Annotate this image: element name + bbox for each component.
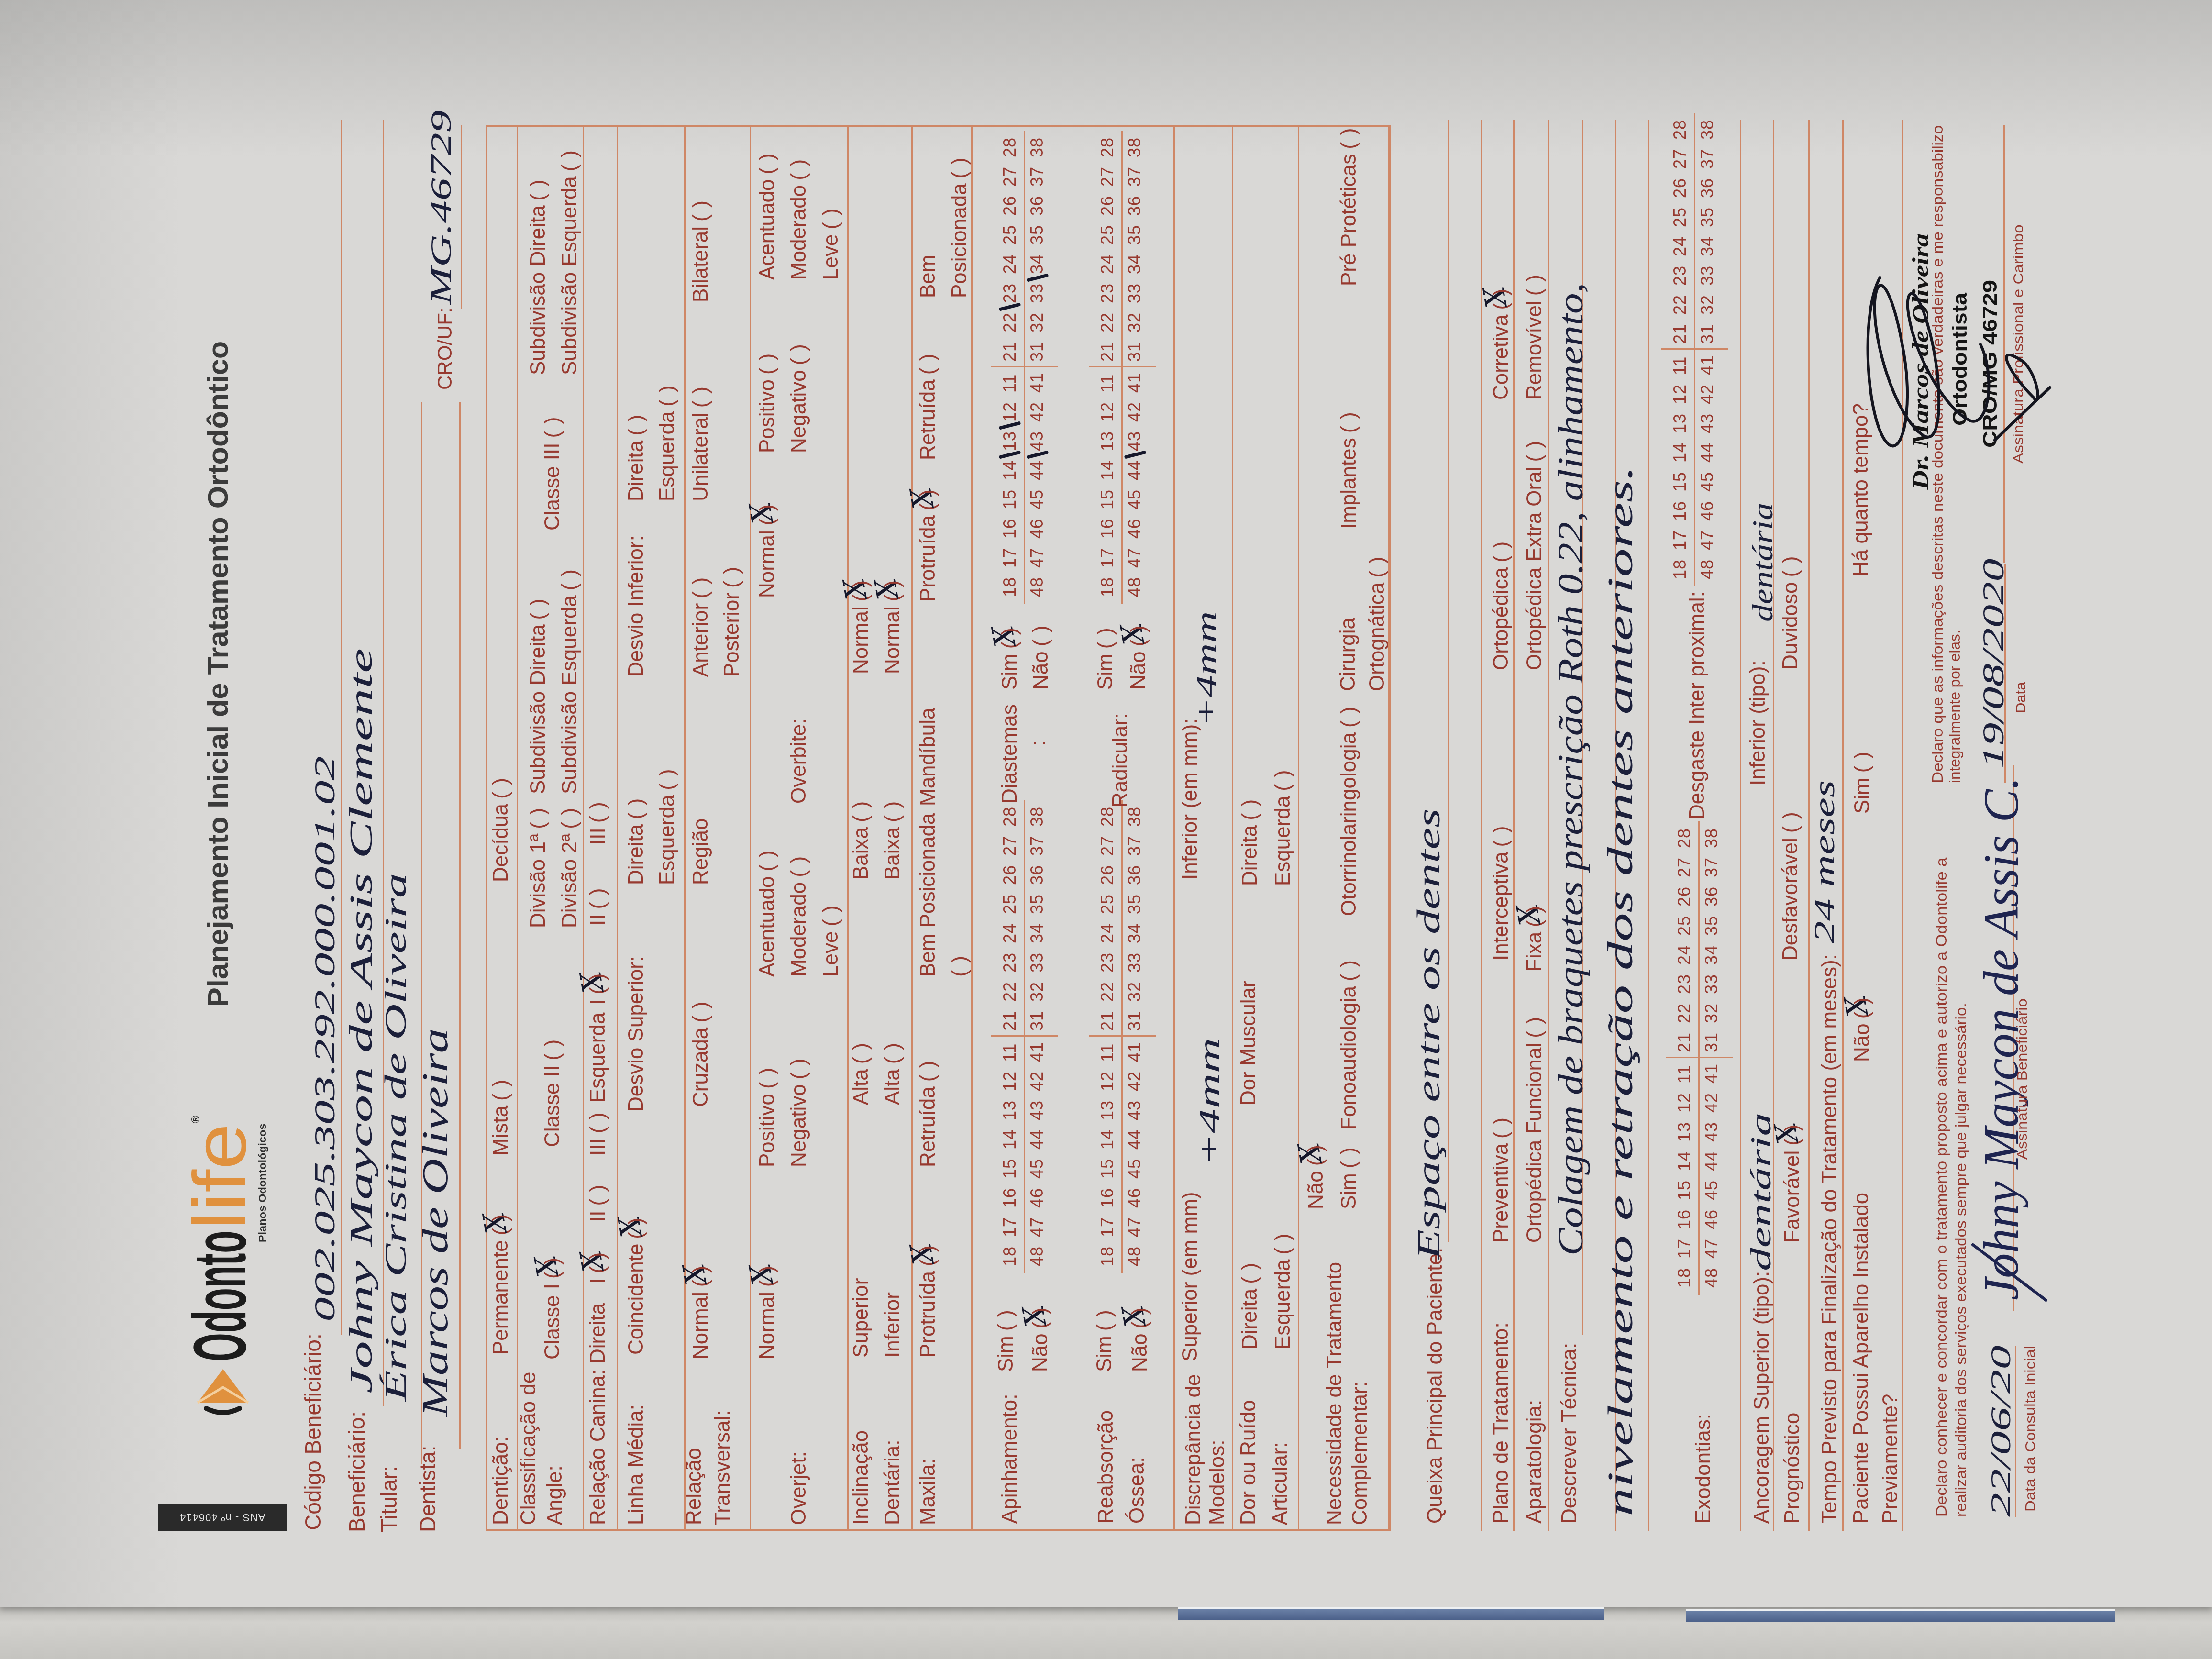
tooth-23[interactable]: 23 <box>1097 283 1117 303</box>
tooth-21[interactable]: 21 <box>1670 324 1690 344</box>
option-canina-direita-iii[interactable]: III <box>582 1112 614 1156</box>
option-denticao-decidua[interactable]: Decídua <box>485 778 517 882</box>
tooth-33[interactable]: 33 <box>1027 283 1047 303</box>
option-coincidente[interactable]: CoincidenteX <box>620 1218 652 1355</box>
option-maxila-retruida[interactable]: Retruída <box>912 1061 944 1167</box>
tooth-22[interactable]: 22 <box>1097 312 1117 332</box>
checkbox[interactable] <box>752 851 783 872</box>
tooth-35[interactable]: 35 <box>1697 207 1717 227</box>
tooth-18[interactable]: 18 <box>1097 577 1117 597</box>
checkbox[interactable] <box>620 798 652 819</box>
tooth-32[interactable]: 32 <box>1125 312 1145 332</box>
checkbox[interactable]: X <box>582 973 614 995</box>
option-reabsorcao-nao[interactable]: NãoX <box>1124 1307 1156 1372</box>
tooth-44[interactable]: 44 <box>1702 1151 1722 1171</box>
checkbox[interactable] <box>685 387 717 408</box>
checkbox[interactable]: X <box>1847 997 1878 1018</box>
tooth-12[interactable]: 12 <box>1674 1093 1694 1113</box>
checkbox[interactable] <box>1519 441 1550 462</box>
tooth-42[interactable]: 42 <box>1027 402 1047 422</box>
tooth-18[interactable]: 18 <box>1097 1246 1117 1266</box>
tooth-13[interactable]: 13 <box>1097 431 1117 451</box>
checkbox[interactable] <box>815 209 847 230</box>
tooth-18[interactable]: 18 <box>1000 1246 1020 1266</box>
option-radicular-nao[interactable]: NãoX <box>1123 625 1154 690</box>
checkbox[interactable] <box>1333 960 1365 981</box>
option-ortopedica-extra-oral[interactable]: Ortopédica Extra Oral <box>1519 441 1550 671</box>
tooth-43[interactable]: 43 <box>1027 1100 1047 1120</box>
option-classe-iii-subdivisao-direita[interactable]: Subdivisão Direita <box>522 179 554 375</box>
tooth-11[interactable]: 11 <box>1670 356 1690 375</box>
tooth-46[interactable]: 46 <box>1125 519 1145 539</box>
checkbox[interactable]: X <box>485 1214 517 1235</box>
option-articular-esquerda[interactable]: Esquerda <box>1267 1234 1299 1349</box>
tooth-41[interactable]: 41 <box>1027 1042 1047 1062</box>
tooth-15[interactable]: 15 <box>1000 489 1020 509</box>
tooth-17[interactable]: 17 <box>1670 530 1690 550</box>
tooth-32[interactable]: 32 <box>1702 1003 1722 1023</box>
option-desvio-inferior-esquerda[interactable]: Esquerda <box>652 386 683 501</box>
data-profissional-field[interactable]: 19/08/2020 <box>1975 558 2012 769</box>
checkbox[interactable]: X <box>1485 289 1517 310</box>
option-canina-direita-i[interactable]: IX <box>582 1252 614 1284</box>
checkbox[interactable]: X <box>912 1245 944 1266</box>
checkbox[interactable] <box>582 1112 614 1133</box>
checkbox[interactable]: X <box>582 1252 614 1273</box>
checkbox[interactable]: X <box>537 1258 568 1279</box>
tooth-45[interactable]: 45 <box>1027 1159 1047 1179</box>
option-classe-ii[interactable]: Classe II <box>537 1040 568 1147</box>
tooth-12[interactable]: 12 <box>1000 1071 1020 1091</box>
option-classe-iii-subdivisao-esquerda[interactable]: Subdivisão Esquerda <box>554 150 586 375</box>
checkbox[interactable] <box>877 1043 908 1064</box>
tooth-21[interactable]: 21 <box>1674 1032 1694 1052</box>
tooth-36[interactable]: 36 <box>1125 196 1145 216</box>
tooth-37[interactable]: 37 <box>1027 166 1047 187</box>
tooth-36[interactable]: 36 <box>1027 196 1047 216</box>
tooth-36[interactable]: 36 <box>1125 865 1145 885</box>
checkbox[interactable] <box>783 1058 815 1079</box>
option-plano-interceptiva[interactable]: Interceptiva <box>1485 826 1517 961</box>
checkbox[interactable]: X <box>1519 906 1550 927</box>
checkbox[interactable] <box>554 808 586 829</box>
tooth-48[interactable]: 48 <box>1702 1268 1722 1288</box>
tooth-26[interactable]: 26 <box>1674 886 1694 907</box>
tooth-35[interactable]: 35 <box>1027 894 1047 914</box>
tooth-11[interactable]: 11 <box>1000 1043 1020 1062</box>
tooth-21[interactable]: 21 <box>1097 1011 1117 1031</box>
tooth-34[interactable]: 34 <box>1027 254 1047 274</box>
option-mandibula-retruida[interactable]: Retruída <box>912 354 944 460</box>
checkbox[interactable] <box>1333 412 1365 433</box>
tooth-41[interactable]: 41 <box>1697 355 1717 375</box>
tooth-35[interactable]: 35 <box>1125 225 1145 245</box>
checkbox[interactable] <box>485 778 517 799</box>
option-fonoaudiologia[interactable]: Fonoaudiologia <box>1333 960 1365 1130</box>
tooth-31[interactable]: 31 <box>1027 342 1047 362</box>
checkbox[interactable] <box>1089 1310 1120 1331</box>
tooth-25[interactable]: 25 <box>1000 225 1020 245</box>
checkbox[interactable]: X <box>994 628 1026 649</box>
tooth-37[interactable]: 37 <box>1027 836 1047 856</box>
checkbox[interactable] <box>752 1068 783 1089</box>
tooth-28[interactable]: 28 <box>1674 828 1694 848</box>
tooth-46[interactable]: 46 <box>1702 1209 1722 1229</box>
tooth-42[interactable]: 42 <box>1125 402 1145 422</box>
tooth-44[interactable]: 44 <box>1027 1129 1047 1150</box>
option-articular-direita[interactable]: Direita <box>1234 1263 1266 1349</box>
data-consulta-inicial-field[interactable]: 22/06/20 <box>1983 1346 2018 1517</box>
checkbox[interactable] <box>1025 625 1057 646</box>
option-removivel[interactable]: Removível <box>1519 275 1550 400</box>
checkbox[interactable] <box>1485 1117 1517 1139</box>
tooth-44[interactable]: 44 <box>1125 460 1145 480</box>
tooth-14[interactable]: 14 <box>1670 442 1690 463</box>
checkbox[interactable] <box>537 417 568 438</box>
tooth-23[interactable]: 23 <box>1000 952 1020 973</box>
option-canina-esquerda-iii[interactable]: III <box>582 802 614 845</box>
checkbox[interactable] <box>522 179 554 200</box>
tooth-38[interactable]: 38 <box>1027 807 1047 827</box>
queixa-principal-field[interactable]: Espaço entre os dentes <box>1409 808 1449 1260</box>
tooth-38[interactable]: 38 <box>1125 137 1145 157</box>
checkbox[interactable] <box>845 1043 877 1064</box>
checkbox[interactable] <box>1519 275 1550 296</box>
checkbox[interactable] <box>1333 128 1365 149</box>
checkbox[interactable] <box>582 802 614 823</box>
tooth-47[interactable]: 47 <box>1697 530 1717 550</box>
tooth-45[interactable]: 45 <box>1697 472 1717 492</box>
tooth-27[interactable]: 27 <box>1097 166 1117 187</box>
tooth-34[interactable]: 34 <box>1702 945 1722 965</box>
checkbox[interactable]: X <box>685 1266 717 1287</box>
tooth-47[interactable]: 47 <box>1125 1217 1145 1237</box>
checkbox[interactable] <box>582 888 614 909</box>
tooth-24[interactable]: 24 <box>1000 254 1020 274</box>
checkbox[interactable] <box>752 354 783 375</box>
checkbox[interactable] <box>752 154 783 175</box>
checkbox[interactable] <box>1485 542 1517 563</box>
tooth-14[interactable]: 14 <box>1000 1129 1020 1150</box>
tooth-43[interactable]: 43 <box>1697 413 1717 433</box>
tooth-46[interactable]: 46 <box>1027 1188 1047 1208</box>
option-plano-ortopedica[interactable]: Ortopédica <box>1485 542 1517 670</box>
tooth-14[interactable]: 14 <box>1097 1129 1117 1150</box>
tecnica-line-2[interactable]: nivelamento e retração dos dentes anteri… <box>1600 465 1642 1516</box>
tooth-31[interactable]: 31 <box>1125 1011 1145 1031</box>
tooth-11[interactable]: 11 <box>1000 374 1020 393</box>
tooth-45[interactable]: 45 <box>1702 1180 1722 1200</box>
checkbox[interactable] <box>1775 812 1806 833</box>
checkbox[interactable] <box>582 1185 614 1206</box>
tooth-48[interactable]: 48 <box>1027 1246 1047 1266</box>
option-transversal-cruzada[interactable]: Cruzada <box>685 1002 717 1107</box>
tooth-42[interactable]: 42 <box>1027 1071 1047 1091</box>
checkbox[interactable] <box>554 569 586 590</box>
tooth-47[interactable]: 47 <box>1027 548 1047 568</box>
tooth-16[interactable]: 16 <box>1674 1209 1694 1229</box>
beneficiario-field[interactable]: Johny Maycon de Assis Clemente <box>342 648 381 1394</box>
option-favoravel[interactable]: FavorávelX <box>1777 1125 1808 1243</box>
tooth-27[interactable]: 27 <box>1000 836 1020 856</box>
tooth-31[interactable]: 31 <box>1702 1032 1722 1052</box>
tooth-11[interactable]: 11 <box>1097 374 1117 393</box>
tooth-13[interactable]: 13 <box>1674 1122 1694 1142</box>
option-classe-ii-subdivisao-direita[interactable]: Subdivisão Direita <box>522 598 554 794</box>
checkbox[interactable]: X <box>752 1266 783 1287</box>
option-diastemas-sim[interactable]: SimX <box>994 628 1026 690</box>
option-inferior-normal[interactable]: NormalX <box>877 580 908 674</box>
option-overjet-normal[interactable]: NormalX <box>752 1266 783 1360</box>
tooth-27[interactable]: 27 <box>1674 857 1694 877</box>
tooth-28[interactable]: 28 <box>1000 807 1020 827</box>
tooth-44[interactable]: 44 <box>1125 1129 1145 1150</box>
tooth-33[interactable]: 33 <box>1125 952 1145 973</box>
option-complementar-nao[interactable]: NãoX <box>1300 1145 1332 1209</box>
tooth-42[interactable]: 42 <box>1702 1093 1722 1113</box>
checkbox[interactable]: X <box>620 1218 652 1239</box>
tooth-37[interactable]: 37 <box>1125 166 1145 187</box>
tooth-34[interactable]: 34 <box>1697 236 1717 256</box>
discrepancia-inferior-field[interactable]: +4mm <box>1189 611 1224 727</box>
tooth-22[interactable]: 22 <box>1670 295 1690 315</box>
option-diastemas-nao[interactable]: Não <box>1025 625 1057 690</box>
tooth-32[interactable]: 32 <box>1697 295 1717 315</box>
tooth-41[interactable]: 41 <box>1125 1042 1145 1062</box>
tooth-27[interactable]: 27 <box>1097 836 1117 856</box>
tooth-13[interactable]: 13 <box>1097 1100 1117 1120</box>
checkbox[interactable]: X <box>1777 1125 1808 1146</box>
tooth-27[interactable]: 27 <box>1000 166 1020 187</box>
option-maxila-bem-posicionada[interactable]: Bem Posicionada <box>912 813 975 977</box>
tooth-33[interactable]: 33 <box>1697 265 1717 286</box>
option-overbite-acentuado[interactable]: Acentuado <box>752 154 783 280</box>
tooth-11[interactable]: 11 <box>1674 1065 1694 1084</box>
tooth-32[interactable]: 32 <box>1027 312 1047 332</box>
tooth-35[interactable]: 35 <box>1702 916 1722 936</box>
option-reabsorcao-sim[interactable]: Sim <box>1089 1310 1120 1372</box>
option-mandibula-bem-posicionada[interactable]: BemPosicionada <box>912 157 975 298</box>
tooth-47[interactable]: 47 <box>1702 1239 1722 1259</box>
checkbox[interactable] <box>685 200 717 221</box>
tooth-22[interactable]: 22 <box>1000 312 1020 332</box>
tooth-15[interactable]: 15 <box>1000 1159 1020 1179</box>
tooth-33[interactable]: 33 <box>1125 283 1145 303</box>
tooth-28[interactable]: 28 <box>1097 807 1117 827</box>
tooth-41[interactable]: 41 <box>1125 373 1145 393</box>
tooth-15[interactable]: 15 <box>1097 489 1117 509</box>
tooth-42[interactable]: 42 <box>1125 1071 1145 1091</box>
option-inferior-baixa[interactable]: Baixa <box>877 801 908 880</box>
tooth-43[interactable]: 43 <box>1125 1100 1145 1120</box>
checkbox[interactable] <box>845 801 877 822</box>
option-apinhamento-sim[interactable]: Sim <box>990 1310 1022 1372</box>
tooth-15[interactable]: 15 <box>1670 472 1690 492</box>
option-desvio-inferior-direita[interactable]: Direita <box>620 415 652 501</box>
option-desfavoravel[interactable]: Desfavorável <box>1775 812 1806 961</box>
tooth-16[interactable]: 16 <box>1000 519 1020 539</box>
checkbox[interactable] <box>1775 556 1806 577</box>
checkbox[interactable] <box>1362 557 1392 578</box>
option-overjet-negativo[interactable]: Negativo <box>783 1058 815 1167</box>
checkbox[interactable] <box>1485 826 1517 847</box>
tooth-38[interactable]: 38 <box>1027 137 1047 157</box>
tooth-47[interactable]: 47 <box>1027 1217 1047 1237</box>
option-otorrinolaringologia[interactable]: Otorrinolaringologia <box>1333 707 1365 916</box>
option-overjet-positivo[interactable]: Positivo <box>752 1068 783 1167</box>
tooth-24[interactable]: 24 <box>1670 236 1690 256</box>
tooth-26[interactable]: 26 <box>1000 865 1020 885</box>
tooth-16[interactable]: 16 <box>1670 501 1690 521</box>
tooth-25[interactable]: 25 <box>1674 916 1694 936</box>
tooth-37[interactable]: 37 <box>1125 836 1145 856</box>
checkbox[interactable] <box>815 906 847 927</box>
checkbox[interactable] <box>783 856 815 877</box>
checkbox[interactable] <box>522 808 554 829</box>
tooth-21[interactable]: 21 <box>1097 342 1117 362</box>
checkbox[interactable]: X <box>877 580 908 601</box>
option-overbite-positivo[interactable]: Positivo <box>752 354 783 453</box>
tooth-37[interactable]: 37 <box>1702 857 1722 877</box>
option-regiao-anterior[interactable]: Anterior <box>685 577 717 677</box>
option-overbite-normal[interactable]: NormalX <box>752 504 783 598</box>
checkbox[interactable] <box>537 1040 568 1061</box>
tooth-17[interactable]: 17 <box>1097 548 1117 568</box>
tooth-44[interactable]: 44 <box>1027 460 1047 480</box>
checkbox[interactable]: X <box>1123 625 1154 646</box>
option-implantes[interactable]: Implantes <box>1333 412 1365 529</box>
option-pre-proteticas[interactable]: Pré Protéticas <box>1333 128 1365 286</box>
tooth-34[interactable]: 34 <box>1125 254 1145 274</box>
tooth-15[interactable]: 15 <box>1097 1159 1117 1179</box>
tooth-23[interactable]: 23 <box>1097 952 1117 973</box>
tooth-16[interactable]: 16 <box>1097 1188 1117 1208</box>
tempo-previsto-field[interactable]: 24 meses <box>1807 780 1842 943</box>
tooth-48[interactable]: 48 <box>1125 577 1145 597</box>
tooth-42[interactable]: 42 <box>1697 384 1717 404</box>
tooth-28[interactable]: 28 <box>1670 120 1690 140</box>
tooth-11[interactable]: 11 <box>1097 1043 1117 1062</box>
tooth-14[interactable]: 14 <box>1000 460 1020 480</box>
option-overjet-leve[interactable]: Leve <box>815 906 847 977</box>
checkbox[interactable] <box>912 354 944 375</box>
checkbox[interactable] <box>877 801 908 822</box>
option-duvidoso[interactable]: Duvidoso <box>1775 556 1806 670</box>
checkbox[interactable] <box>522 598 554 619</box>
option-inferior-alta[interactable]: Alta <box>877 1043 908 1105</box>
option-fixa[interactable]: FixaX <box>1519 906 1550 972</box>
tooth-22[interactable]: 22 <box>1097 982 1117 1002</box>
option-canina-esquerda-i[interactable]: IX <box>582 973 614 1005</box>
option-plano-preventiva[interactable]: Preventiva <box>1485 1117 1517 1243</box>
tooth-32[interactable]: 32 <box>1125 982 1145 1002</box>
tooth-46[interactable]: 46 <box>1697 501 1717 521</box>
checkbox[interactable] <box>652 386 683 407</box>
tooth-48[interactable]: 48 <box>1125 1246 1145 1266</box>
tooth-24[interactable]: 24 <box>1000 923 1020 943</box>
checkbox[interactable] <box>912 1061 944 1082</box>
option-apinhamento-nao[interactable]: NãoX <box>1025 1307 1056 1372</box>
checkbox[interactable] <box>716 567 748 588</box>
tooth-17[interactable]: 17 <box>1674 1239 1694 1259</box>
tooth-12[interactable]: 12 <box>1097 1071 1117 1091</box>
option-ortopedica-funcional[interactable]: Ortopédica Funcional <box>1519 1017 1550 1243</box>
tooth-36[interactable]: 36 <box>1697 178 1717 198</box>
checkbox[interactable]: X <box>1124 1307 1156 1328</box>
tooth-17[interactable]: 17 <box>1097 1217 1117 1237</box>
titular-field[interactable]: Érica Cristina de Oliveira <box>377 873 414 1401</box>
tooth-41[interactable]: 41 <box>1027 373 1047 393</box>
option-classe-iii[interactable]: Classe III <box>537 417 568 531</box>
tooth-46[interactable]: 46 <box>1027 519 1047 539</box>
tooth-13[interactable]: 13 <box>1000 431 1020 451</box>
checkbox[interactable] <box>554 150 586 171</box>
tooth-48[interactable]: 48 <box>1697 559 1717 579</box>
checkbox[interactable]: X <box>752 504 783 525</box>
tooth-41[interactable]: 41 <box>1702 1063 1722 1084</box>
tooth-23[interactable]: 23 <box>1670 265 1690 286</box>
tooth-21[interactable]: 21 <box>1000 342 1020 362</box>
option-divisao-1[interactable]: Divisão 1ª <box>522 808 554 928</box>
tooth-26[interactable]: 26 <box>1097 196 1117 216</box>
checkbox[interactable] <box>944 157 975 178</box>
tooth-35[interactable]: 35 <box>1125 894 1145 914</box>
checkbox[interactable] <box>1234 799 1266 820</box>
option-classe-i[interactable]: Classe IX <box>537 1258 568 1360</box>
tooth-33[interactable]: 33 <box>1702 974 1722 994</box>
option-cirurgia-ortognatica[interactable]: CirurgiaOrtognática <box>1333 557 1392 691</box>
tooth-31[interactable]: 31 <box>1697 324 1717 344</box>
tooth-46[interactable]: 46 <box>1125 1188 1145 1208</box>
checkbox[interactable] <box>652 769 683 790</box>
option-muscular-direita[interactable]: Direita <box>1234 799 1266 886</box>
tooth-31[interactable]: 31 <box>1125 342 1145 362</box>
tooth-25[interactable]: 25 <box>1097 225 1117 245</box>
option-overbite-moderado[interactable]: Moderado <box>783 159 815 280</box>
option-divisao-2[interactable]: Divisão 2ª <box>554 808 586 928</box>
tooth-18[interactable]: 18 <box>1000 577 1020 597</box>
tooth-44[interactable]: 44 <box>1697 442 1717 463</box>
tooth-16[interactable]: 16 <box>1000 1188 1020 1208</box>
checkbox[interactable] <box>1333 1147 1365 1168</box>
tecnica-line-1[interactable]: Colagem de braquetes prescrição Roth 0.2… <box>1550 282 1593 1256</box>
tooth-27[interactable]: 27 <box>1670 149 1690 169</box>
tooth-13[interactable]: 13 <box>1670 413 1690 433</box>
tooth-37[interactable]: 37 <box>1697 149 1717 169</box>
checkbox[interactable] <box>1267 1234 1299 1255</box>
tooth-45[interactable]: 45 <box>1027 489 1047 509</box>
tooth-21[interactable]: 21 <box>1000 1011 1020 1031</box>
option-superior-alta[interactable]: Alta <box>845 1043 877 1105</box>
option-overjet-acentuado[interactable]: Acentuado <box>752 851 783 977</box>
tooth-24[interactable]: 24 <box>1097 923 1117 943</box>
option-unilateral[interactable]: Unilateral <box>685 387 717 501</box>
option-superior-baixa[interactable]: Baixa <box>845 801 877 880</box>
checkbox[interactable] <box>783 344 815 365</box>
option-muscular-esquerda[interactable]: Esquerda <box>1267 770 1299 886</box>
codigo-beneficiario-field[interactable]: 002.025.303.292.000.001.02 <box>307 756 343 1322</box>
checkbox[interactable] <box>685 577 717 598</box>
tooth-13[interactable]: 13 <box>1000 1100 1020 1120</box>
tooth-12[interactable]: 12 <box>1000 402 1020 422</box>
option-desvio-superior-direita[interactable]: Direita <box>620 798 652 885</box>
tooth-43[interactable]: 43 <box>1027 431 1047 451</box>
option-overbite-negativo[interactable]: Negativo <box>783 344 815 453</box>
tooth-34[interactable]: 34 <box>1027 923 1047 943</box>
option-aparelho-nao[interactable]: NãoX <box>1847 997 1878 1062</box>
tooth-18[interactable]: 18 <box>1670 559 1690 579</box>
tooth-15[interactable]: 15 <box>1674 1180 1694 1200</box>
